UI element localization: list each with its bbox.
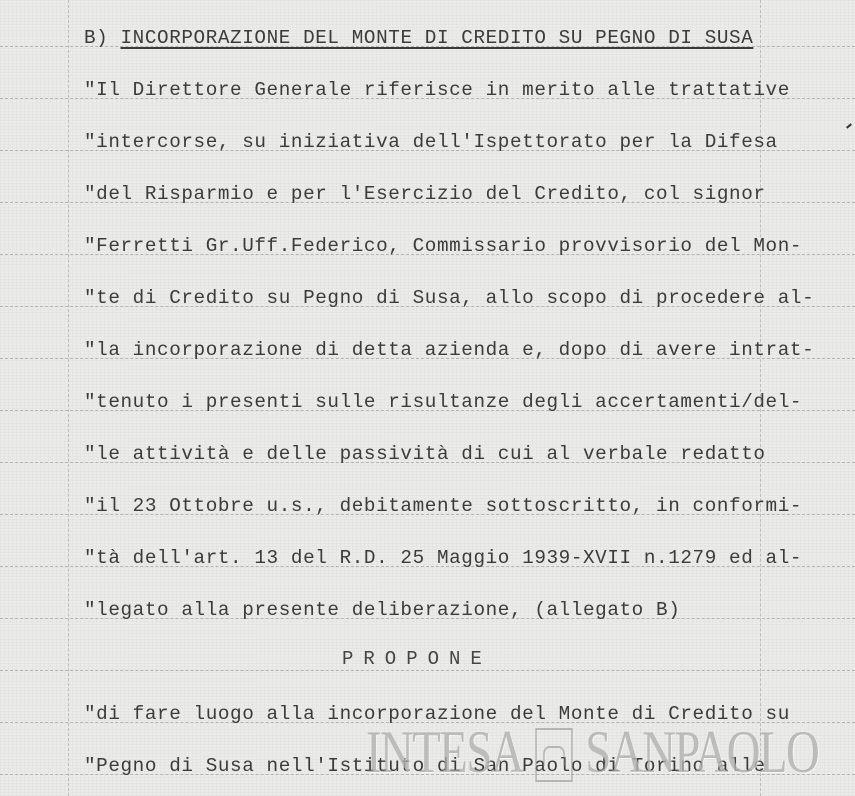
watermark: INTESASANPAOLO — [366, 722, 818, 782]
intesa-sanpaolo-logo-icon — [536, 728, 573, 782]
body-line: "tà dell'art. 13 del R.D. 25 Maggio 1939… — [84, 547, 802, 569]
section-title-propone: PROPONE — [342, 648, 492, 670]
body-line: "Ferretti Gr.Uff.Federico, Commissario p… — [84, 235, 802, 257]
body-line: "le attività e delle passività di cui al… — [84, 443, 766, 465]
body-line: "intercorse, su iniziativa dell'Ispettor… — [84, 131, 778, 153]
body-line: "legato alla presente deliberazione, (al… — [84, 599, 680, 621]
heading-text: INCORPORAZIONE DEL MONTE DI CREDITO SU P… — [121, 27, 754, 49]
left-margin-line — [68, 0, 69, 796]
heading-prefix: B) — [84, 27, 121, 49]
body-line: "del Risparmio e per l'Esercizio del Cre… — [84, 183, 766, 205]
watermark-right-text: SANPAOLO — [585, 719, 818, 785]
pen-mark — [846, 123, 852, 128]
body-line: "tenuto i presenti sulle risultanze degl… — [84, 391, 802, 413]
body-line: "la incorporazione di detta azienda e, d… — [84, 339, 814, 361]
watermark-left-text: INTESA — [366, 719, 523, 785]
ruled-line — [0, 670, 855, 671]
body-line: "Il Direttore Generale riferisce in meri… — [84, 79, 790, 101]
section-heading: B) INCORPORAZIONE DEL MONTE DI CREDITO S… — [84, 27, 753, 49]
document-page: B) INCORPORAZIONE DEL MONTE DI CREDITO S… — [0, 0, 855, 796]
body-line: "te di Credito su Pegno di Susa, allo sc… — [84, 287, 814, 309]
body-line: "il 23 Ottobre u.s., debitamente sottosc… — [84, 495, 802, 517]
